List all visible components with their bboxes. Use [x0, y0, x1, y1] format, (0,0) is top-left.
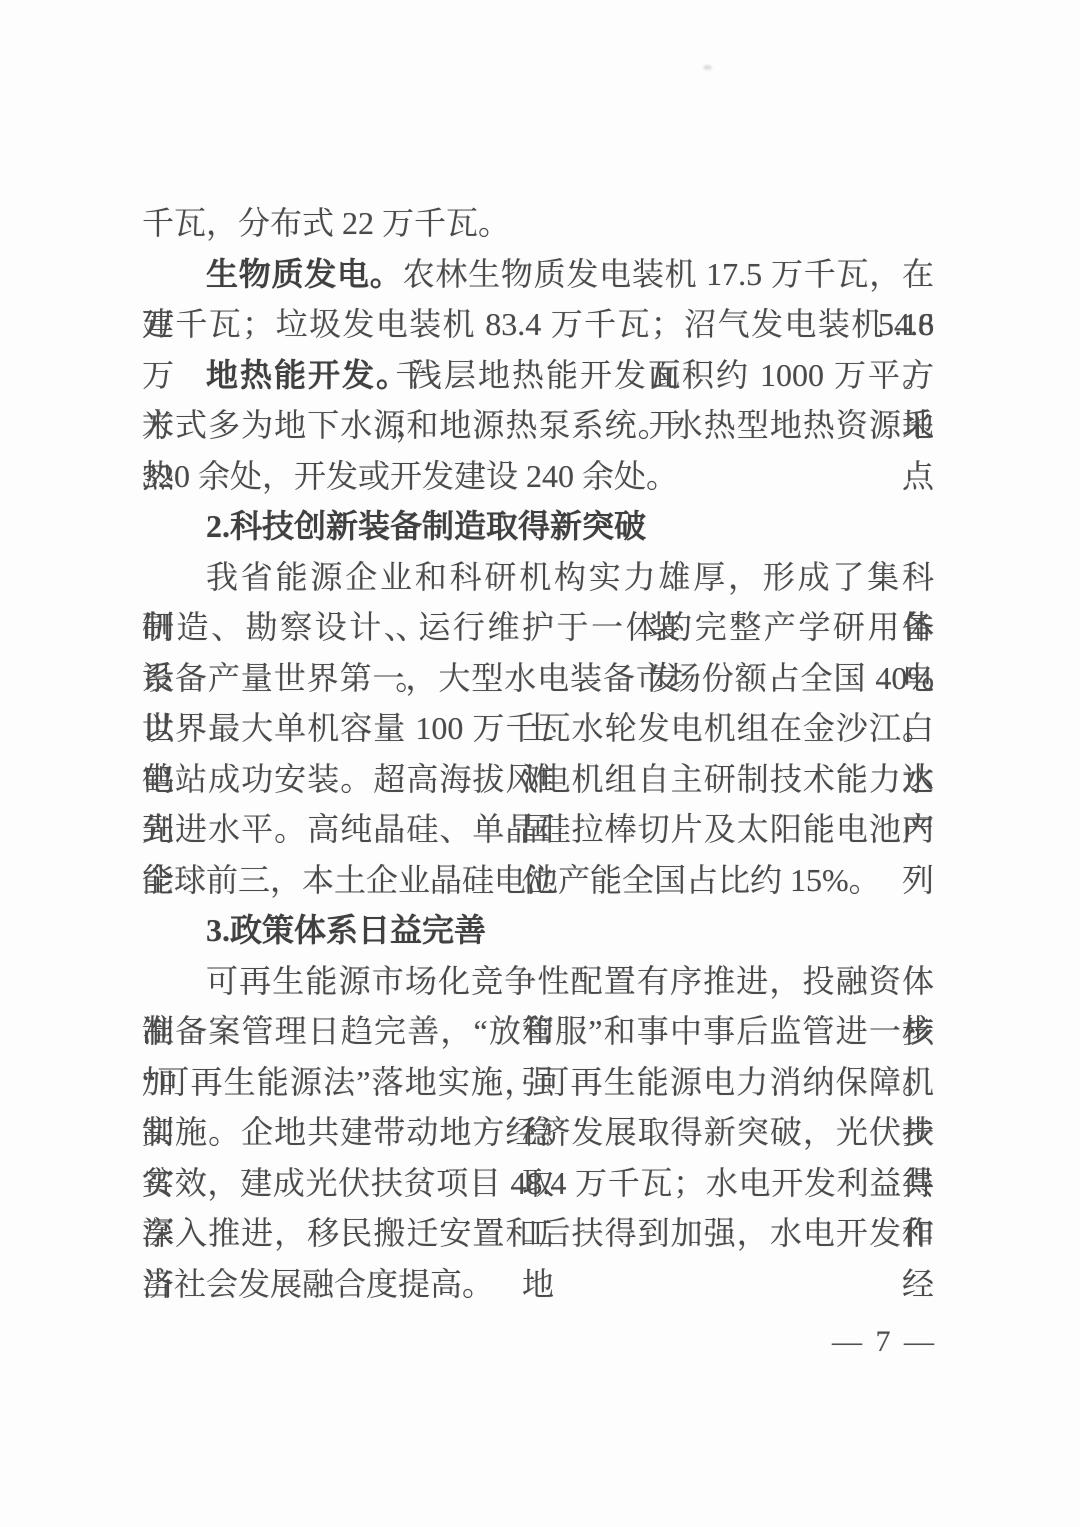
bold-lead-text: 生物质发电。 [206, 256, 403, 292]
body-text: 济社会发展融合度提高。 [142, 1266, 494, 1302]
page-number: — 7 — [832, 1322, 937, 1362]
text-line: 实效，建成光伏扶贫项目 48.4 万千瓦；水电开发利益共享工作 [142, 1158, 934, 1209]
document-page: 千瓦，分布式 22 万千瓦。生物质发电。农林生物质发电装机 17.5 万千瓦，在… [0, 0, 1080, 1527]
text-line: “可再生能源法”落地实施，可再生能源电力消纳保障机制稳步 [142, 1057, 934, 1108]
bold-lead-text: 3.政策体系日益完善 [206, 912, 486, 948]
text-line: 先进水平。高纯晶硅、单晶硅拉棒切片及太阳能电池产能位列 [142, 804, 934, 855]
scan-artifact [703, 65, 712, 70]
body-text: 千瓦，分布式 22 万千瓦。 [142, 205, 510, 241]
text-line: 全球前三，本土企业晶硅电池产能全国占比约 15%。 [142, 855, 934, 906]
text-line: 深入推进，移民搬迁安置和后扶得到加强，水电开发和当地经 [142, 1208, 934, 1259]
text-line: 地热能开发。浅层地热能开发面积约 1000 万平方米，开采 [142, 350, 934, 401]
bold-lead-text: 2.科技创新装备制造取得新突破 [206, 508, 646, 544]
text-line: 设备产量世界第一，大型水电装备市场份额占全国 40%以上。 [142, 653, 934, 704]
text-line: 方式多为地下水源和地源热泵系统。水热型地热资源地热点 [142, 400, 934, 451]
text-line: 准备案管理日趋完善，“放管服”和事中事后监管进一步加强。 [142, 1006, 934, 1057]
text-line: 制造、勘察设计、运行维护于一体的完整产学研用体系。发电 [142, 602, 934, 653]
text-line: 万千瓦；垃圾发电装机 83.4 万千瓦；沼气发电装机 4.8 万千瓦。 [142, 299, 934, 350]
body-text: 320 余处，开发或开发建设 240 余处。 [142, 458, 678, 494]
heading-line: 2.科技创新装备制造取得新突破 [142, 501, 934, 552]
document-body: 千瓦，分布式 22 万千瓦。生物质发电。农林生物质发电装机 17.5 万千瓦，在… [142, 198, 934, 1309]
bold-lead-text: 地热能开发。 [206, 357, 410, 393]
text-line: 生物质发电。农林生物质发电装机 17.5 万千瓦，在建 5.16 [142, 249, 934, 300]
text-line: 千瓦，分布式 22 万千瓦。 [142, 198, 934, 249]
heading-line: 3.政策体系日益完善 [142, 905, 934, 956]
text-line: 我省能源企业和科研机构实力雄厚，形成了集科研、装备 [142, 552, 934, 603]
text-line: 电站成功安装。超高海拔风电机组自主研制技术能力达到国内 [142, 754, 934, 805]
text-line: 世界最大单机容量 100 万千瓦水轮发电机组在金沙江白鹤滩水 [142, 703, 934, 754]
body-text: 全球前三，本土企业晶硅电池产能全国占比约 15%。 [142, 862, 881, 898]
text-line: 可再生能源市场化竞争性配置有序推进，投融资体制和核 [142, 956, 934, 1007]
text-line: 实施。企地共建带动地方经济发展取得新突破，光伏扶贫取得 [142, 1107, 934, 1158]
